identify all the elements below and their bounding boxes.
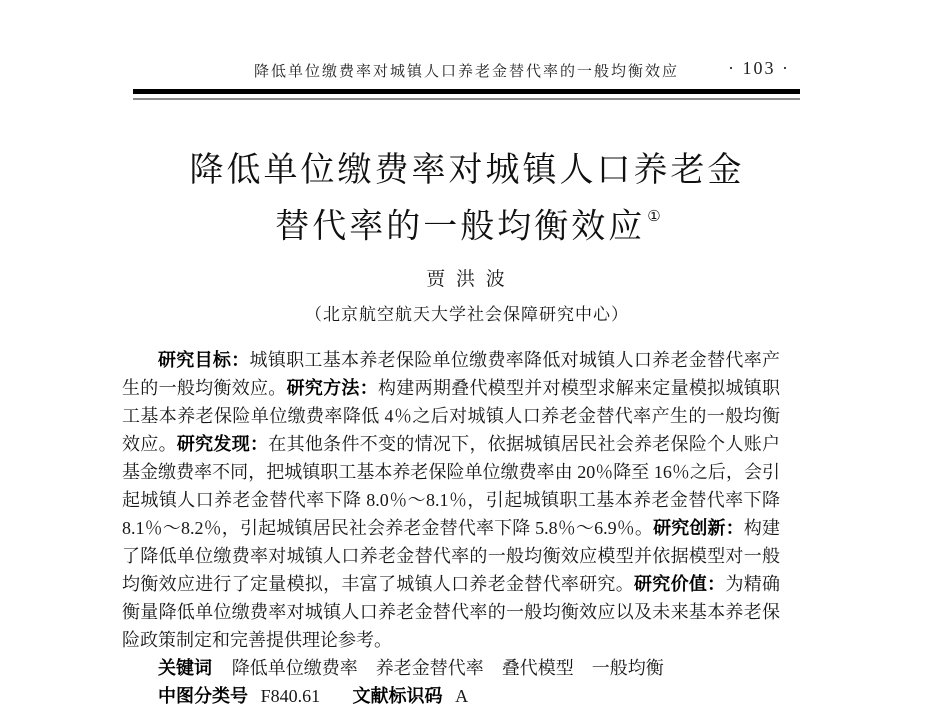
divider-thin-line [133, 98, 800, 100]
clc-line: 中图分类号F840.61文献标识码A [122, 682, 780, 710]
keywords-line: 关键词降低单位缴费率养老金替代率叠代模型一般均衡 [122, 654, 780, 682]
abstract-block: 研究目标：城镇职工基本养老保险单位缴费率降低对城镇人口养老金替代率产生的一般均衡… [122, 346, 780, 710]
divider-thick-line [133, 89, 800, 94]
keyword-item: 养老金替代率 [376, 658, 484, 678]
clc-value: F840.61 [261, 686, 321, 706]
keyword-item: 叠代模型 [502, 658, 574, 678]
article-title-line1: 降低单位缴费率对城镇人口养老金 [190, 152, 745, 189]
author-name: 贾 洪 波 [0, 264, 934, 291]
abstract-label-innovation: 研究创新： [653, 518, 744, 538]
abstract-label-value: 研究价值： [634, 574, 725, 594]
author-affiliation: （北京航空航天大学社会保障研究中心） [0, 300, 934, 325]
running-title: 降低单位缴费率对城镇人口养老金替代率的一般均衡效应 [133, 60, 800, 81]
keywords-label: 关键词 [158, 658, 212, 678]
article-title: 降低单位缴费率对城镇人口养老金 替代率的一般均衡效应① [0, 146, 934, 252]
keyword-item: 降低单位缴费率 [232, 658, 358, 678]
abstract-label-findings: 研究发现： [177, 434, 268, 454]
doc-code-label: 文献标识码 [353, 686, 443, 706]
abstract-label-method: 研究方法： [287, 378, 378, 398]
abstract-paragraph: 研究目标：城镇职工基本养老保险单位缴费率降低对城镇人口养老金替代率产生的一般均衡… [122, 346, 780, 654]
footnote-mark: ① [647, 209, 660, 225]
abstract-label-objective: 研究目标： [158, 350, 250, 370]
page-number: · 103 · [728, 58, 790, 79]
page-header: 降低单位缴费率对城镇人口养老金替代率的一般均衡效应 · 103 · [133, 60, 800, 84]
clc-label: 中图分类号 [158, 686, 248, 706]
doc-code-value: A [455, 686, 468, 706]
article-title-line2: 替代率的一般均衡效应 [275, 208, 645, 245]
paper-page: 降低单位缴费率对城镇人口养老金替代率的一般均衡效应 · 103 · 降低单位缴费… [0, 0, 934, 715]
keyword-item: 一般均衡 [592, 658, 664, 678]
header-divider [133, 89, 800, 100]
